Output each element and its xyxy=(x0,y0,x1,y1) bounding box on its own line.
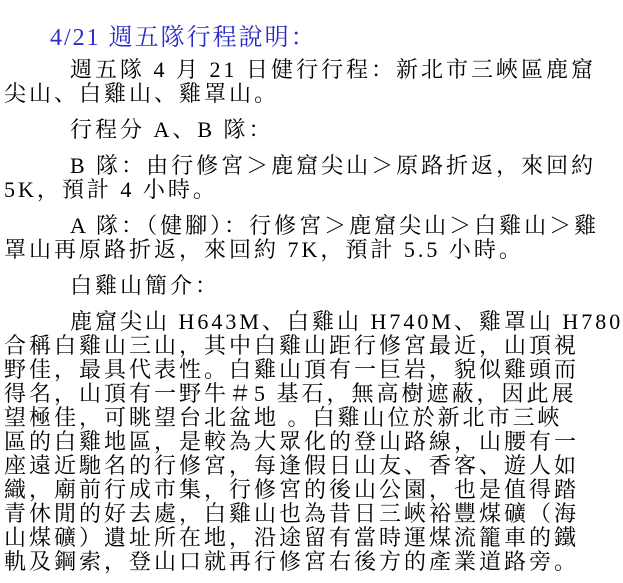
paragraph-team-split: 行程分 A、B 隊： xyxy=(4,118,619,142)
text-line: 青休閒的好去處，白雞山也為昔日三峽裕豐煤礦（海 xyxy=(4,502,619,526)
text-line: 罩山再原路折返，來回約 7K，預計 5.5 小時。 xyxy=(4,238,619,262)
text-line: B 隊：由行修宮＞鹿窟尖山＞原路折返，來回約 xyxy=(4,154,619,178)
text-line: 織，廟前行成市集，行修宮的後山公園，也是值得踏 xyxy=(4,478,619,502)
text-line: 5K，預計 4 小時。 xyxy=(4,178,619,202)
text-line: 軌及鋼索，登山口就再行修宮右後方的產業道路旁。 xyxy=(4,550,619,574)
text-line: 座遠近馳名的行修宮，每逢假日山友、香客、遊人如 xyxy=(4,454,619,478)
text-line: 合稱白雞山三山，其中白雞山距行修宮最近，山頂視 xyxy=(4,334,619,358)
text-line: 望極佳，可眺望台北盆地 。白雞山位於新北市三峽 xyxy=(4,406,619,430)
page-title: 4/21 週五隊行程說明： xyxy=(50,24,619,52)
text-line: 鹿窟尖山 H643M、白雞山 H740M、雞罩山 H780M xyxy=(4,310,619,334)
text-line: 得名，山頂有一野牛＃5 基石，無高樹遮蔽，因此展 xyxy=(4,382,619,406)
text-line: 白雞山簡介： xyxy=(4,274,619,298)
page: { "colors": { "title": "#2b2bc8", "body_… xyxy=(0,0,623,583)
text-line: 野佳，最具代表性。白雞山頂有一巨岩，貌似雞頭而 xyxy=(4,358,619,382)
paragraph-team-a: A 隊：（健腳）：行修宮＞鹿窟尖山＞白雞山＞雞 罩山再原路折返，來回約 7K，預… xyxy=(4,214,619,262)
text-line: 尖山、白雞山、雞罩山。 xyxy=(4,82,619,106)
paragraph-team-b: B 隊：由行修宮＞鹿窟尖山＞原路折返，來回約 5K，預計 4 小時。 xyxy=(4,154,619,202)
paragraph-mountain-description: 鹿窟尖山 H643M、白雞山 H740M、雞罩山 H780M 合稱白雞山三山，其… xyxy=(4,310,619,574)
text-line: 行程分 A、B 隊： xyxy=(4,118,619,142)
text-line: 區的白雞地區，是較為大眾化的登山路線，山腰有一 xyxy=(4,430,619,454)
paragraph-intro-heading: 白雞山簡介： xyxy=(4,274,619,298)
text-line: A 隊：（健腳）：行修宮＞鹿窟尖山＞白雞山＞雞 xyxy=(4,214,619,238)
text-line: 山煤礦）遺址所在地，沿途留有當時運煤流籠車的鐵 xyxy=(4,526,619,550)
text-line: 週五隊 4 月 21 日健行行程：新北市三峽區鹿窟 xyxy=(4,58,619,82)
paragraph-intro: 週五隊 4 月 21 日健行行程：新北市三峽區鹿窟 尖山、白雞山、雞罩山。 xyxy=(4,58,619,106)
document-body: 4/21 週五隊行程說明： 週五隊 4 月 21 日健行行程：新北市三峽區鹿窟 … xyxy=(0,0,619,574)
